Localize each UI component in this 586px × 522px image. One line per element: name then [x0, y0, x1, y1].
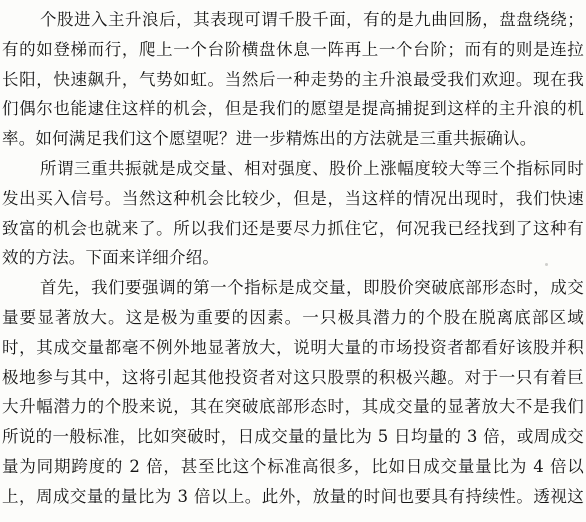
text-line: 量为同期跨度的 2 倍，甚至比这个标准高很多，比如日成交量量比为 4 倍以 [2, 452, 584, 482]
text-line: 所谓三重共振就是成交量、相对强度、股价上涨幅度较大等三个指标同时 [2, 154, 584, 184]
paragraph-2: 所谓三重共振就是成交量、相对强度、股价上涨幅度较大等三个指标同时 发出买入信号。… [2, 154, 584, 273]
text-line: 时，其成交量都毫不例外地显著放大，说明大量的市场投资者都看好该股并积 [2, 333, 584, 363]
text-line: 效的方法。下面来详细介绍。 [2, 243, 584, 273]
text-line: 致富的机会也就来了。所以我们还是要尽力抓住它，何况我已经找到了这种有 [2, 214, 584, 244]
text-line: 首先，我们要强调的第一个指标是成交量，即股价突破底部形态时，成交 [2, 273, 584, 303]
text-line: 个股进入主升浪后，其表现可谓千股千面，有的是九曲回肠，盘盘绕绕； [2, 5, 584, 35]
document-page: 个股进入主升浪后，其表现可谓千股千面，有的是九曲回肠，盘盘绕绕； 有的如登梯而行… [0, 0, 586, 522]
paragraph-1: 个股进入主升浪后，其表现可谓千股千面，有的是九曲回肠，盘盘绕绕； 有的如登梯而行… [2, 5, 584, 154]
text-line: 们偶尔也能逮住这样的机会，但是我们的愿望是提高捕捉到这样的主升浪的机 [2, 94, 584, 124]
text-line: 有的如登梯而行，爬上一个台阶横盘休息一阵再上一个台阶；而有的则是连拉 [2, 35, 584, 65]
text-line: 极地参与其中，这将引起其他投资者对这只股票的积极兴趣。对于一只有着巨 [2, 363, 584, 393]
text-line: 所说的一般标准，比如突破时，日成交量的量比为 5 日均量的 3 倍，或周成交 [2, 422, 584, 452]
text-line: 长阳，快速飙升，气势如虹。当然后一种走势的主升浪最受我们欢迎。现在我 [2, 65, 584, 95]
scan-speck [388, 197, 391, 200]
text-line: 发出买入信号。当然这种机会比较少，但是，当这样的情况出现时，我们快速 [2, 184, 584, 214]
scan-speck [463, 341, 465, 343]
paragraph-3: 首先，我们要强调的第一个指标是成交量，即股价突破底部形态时，成交 量要显著放大。… [2, 273, 584, 511]
text-line: 大升幅潜力的个股来说，其在突破底部形态时，其成交量的显著放大不是我们 [2, 392, 584, 422]
text-line: 率。如何满足我们这个愿望呢？进一步精炼出的方法就是三重共振确认。 [2, 124, 584, 154]
text-line: 上，周成交量的量比为 3 倍以上。此外，放量的时间也要具有持续性。透视这 [2, 482, 584, 512]
scan-speck [545, 263, 548, 266]
text-line: 量要显著放大。这是极为重要的因素。一只极具潜力的个股在脱离底部区域 [2, 303, 584, 333]
